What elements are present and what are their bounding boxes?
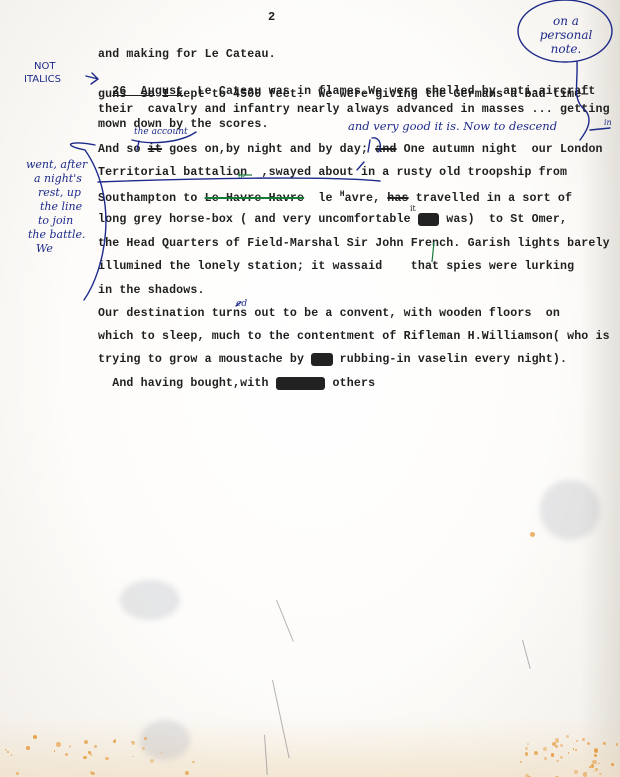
smudge: [540, 480, 600, 540]
annotation-personal-note: on a personal note.: [538, 14, 594, 56]
typed-line: the Head Quarters of Field-Marshal Sir J…: [98, 237, 610, 250]
typed-line: in the shadows.: [98, 284, 205, 297]
annotation-insert-ed: ed: [236, 298, 247, 310]
typed-line: illumined the lonely station; it wassaid…: [98, 260, 574, 273]
typed-line: their cavalry and infantry nearly always…: [98, 103, 610, 116]
typed-line: Our destination turns out to be a conven…: [98, 307, 560, 320]
typed-line: long grey horse-box ( and very uncomfort…: [98, 213, 567, 226]
typed-line: And having bought,with xxxxxxx others: [98, 377, 375, 390]
typed-line: Territorial battalion ,swayed about in a…: [98, 166, 567, 179]
typed-line: And so it goes on,by night and by day; a…: [98, 143, 603, 156]
annotation-insert-le: le: [238, 171, 245, 183]
smudge: [140, 720, 190, 760]
page-number: 2: [268, 10, 275, 24]
annotation-not-italics: NOT ITALICS: [24, 60, 61, 86]
typed-line: and making for Le Cateau.: [98, 48, 276, 61]
annotation-the-account: the account: [134, 126, 188, 138]
typed-line: Southampton to Le Havre Havre le Havre, …: [98, 190, 572, 205]
annotation-insert-suffix: in: [604, 117, 612, 129]
typed-line: guns so I kept to 4500 feet. We were giv…: [98, 88, 588, 101]
annotation-left-margin: went, after a night's rest, up the line …: [26, 158, 87, 256]
smudge: [120, 580, 180, 620]
typed-line: trying to grow a moustache by xxx rubbin…: [98, 353, 567, 366]
rust-spot: [530, 532, 535, 537]
annotation-insert-line: and very good it is. Now to descend: [348, 120, 557, 132]
paper-edge-shadow: [580, 0, 620, 777]
annotation-insert-it: it: [410, 203, 416, 215]
typed-line: which to sleep, much to the contentment …: [98, 330, 610, 343]
